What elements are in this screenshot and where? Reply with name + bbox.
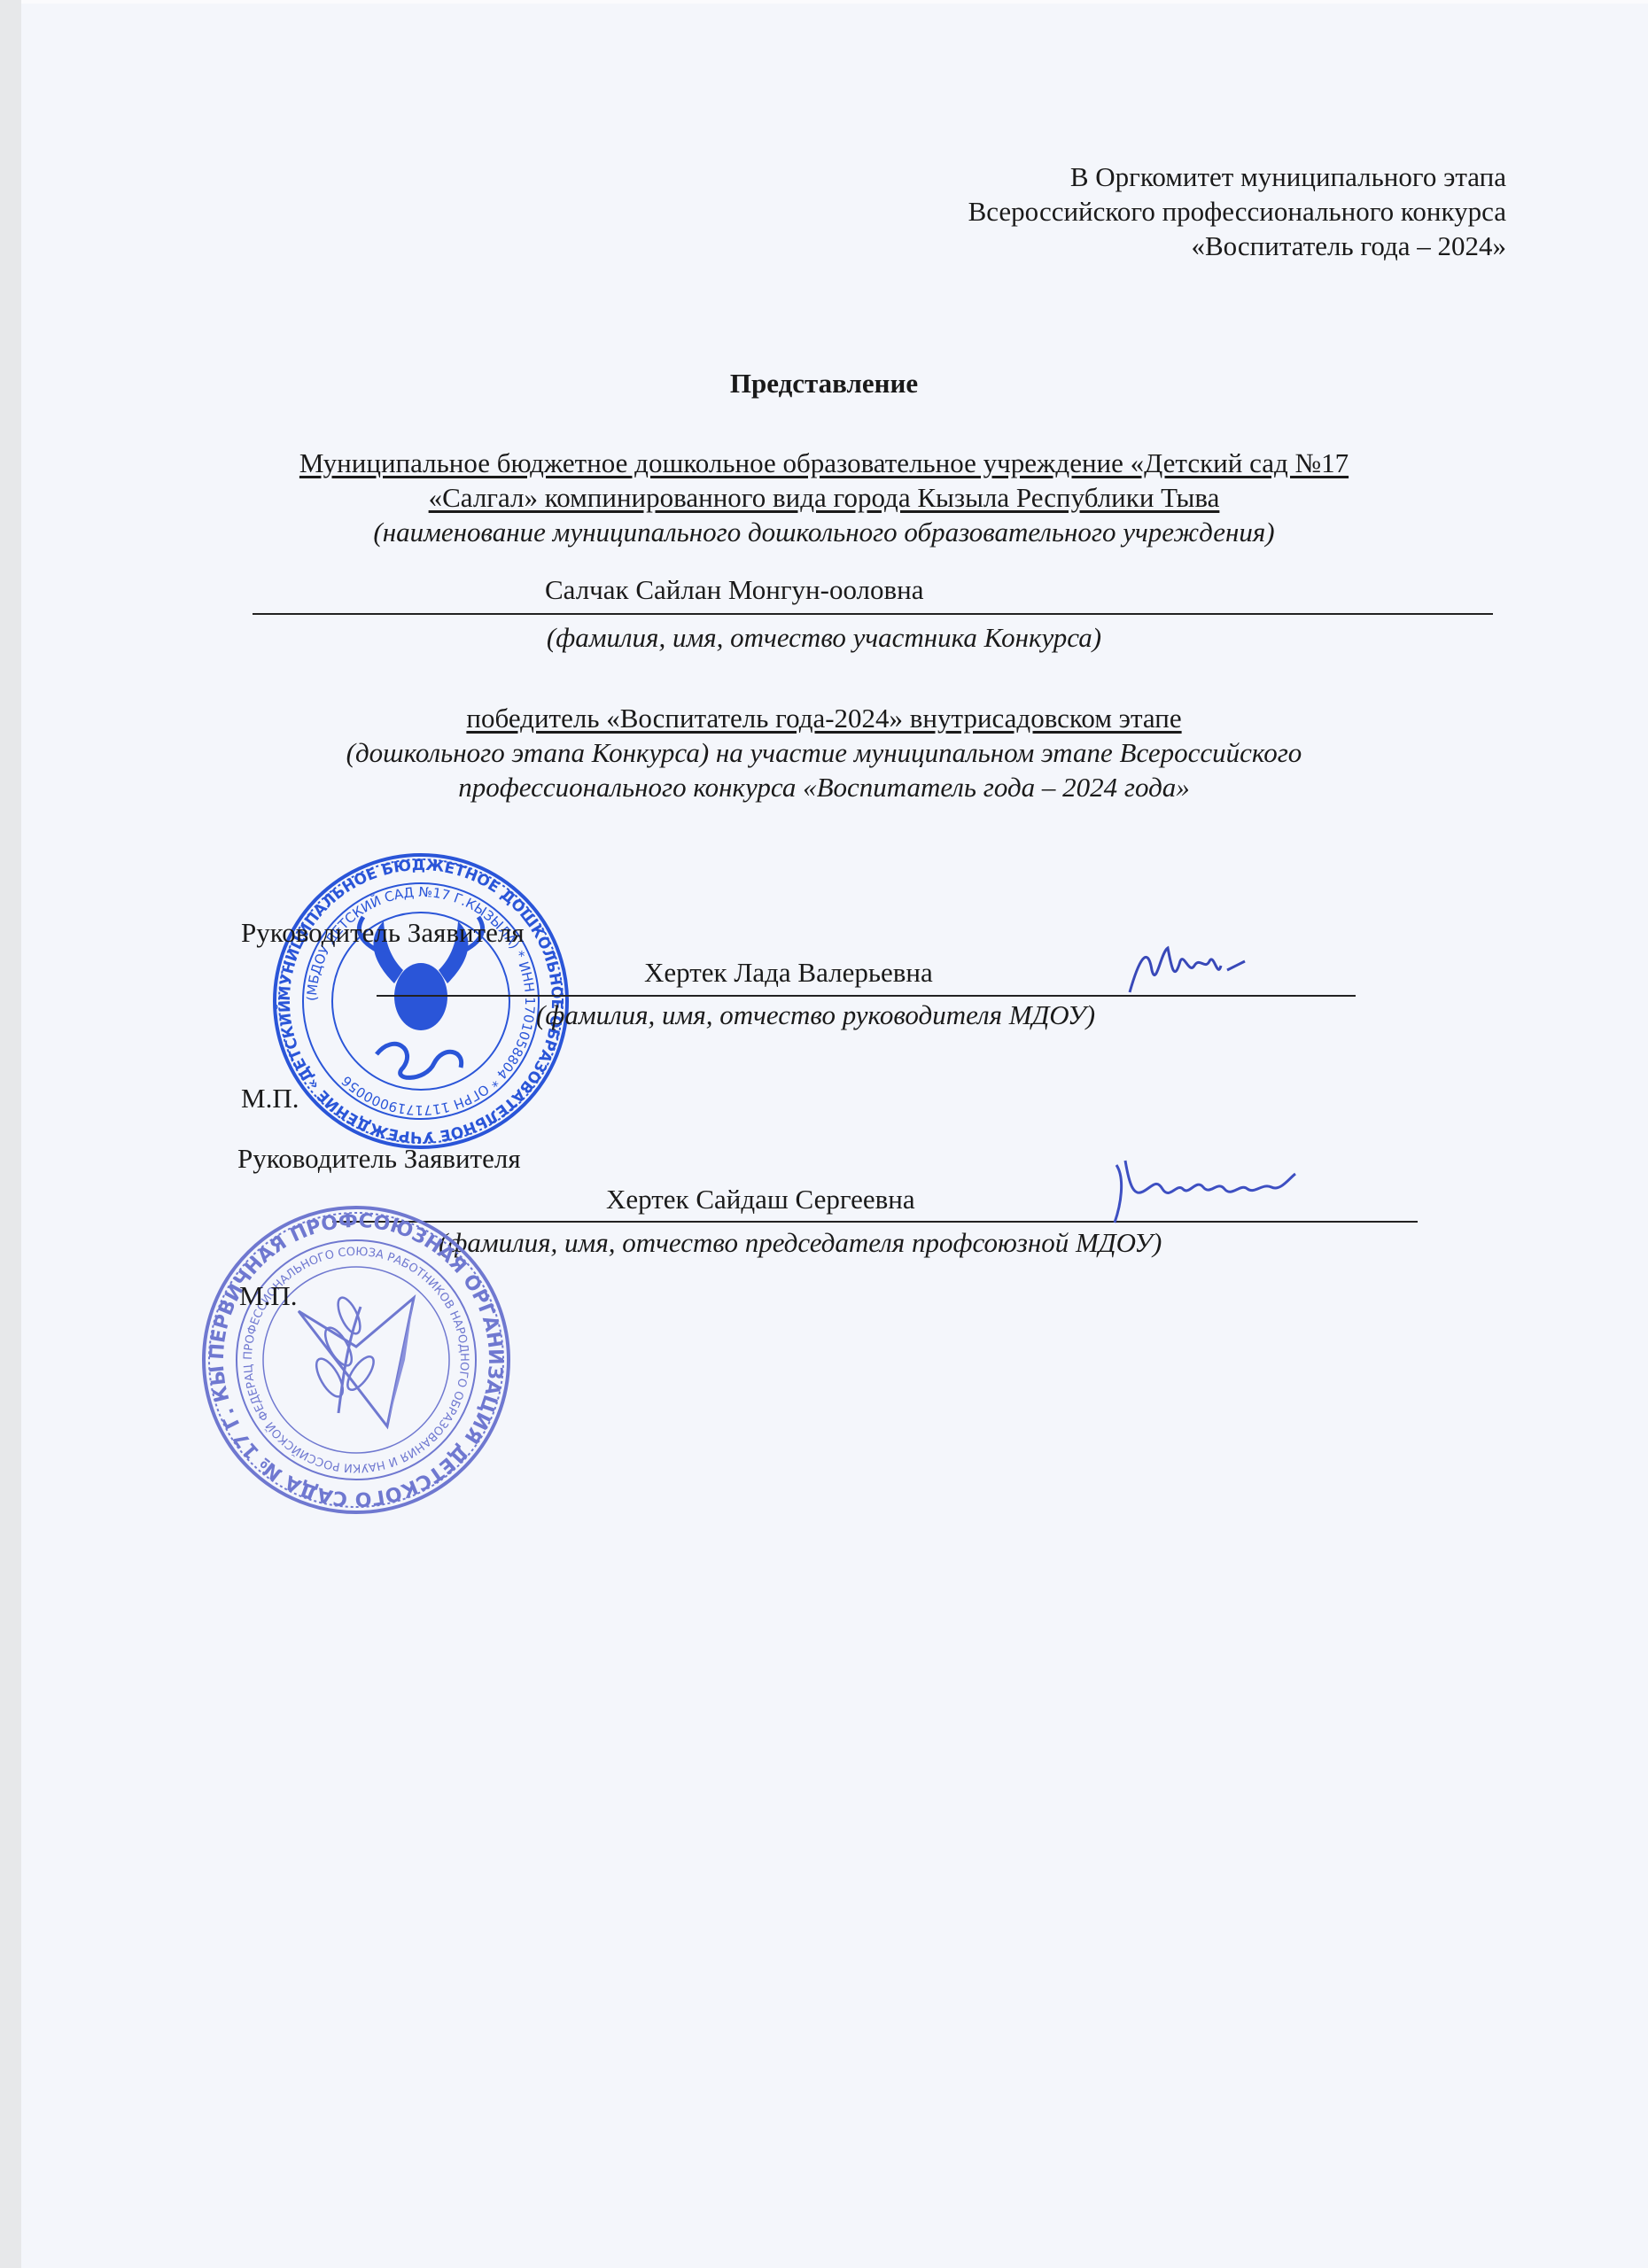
- nomination-block: победитель «Воспитатель года-2024» внутр…: [0, 701, 1648, 804]
- head-role-label: Руководитель Заявителя: [241, 917, 525, 949]
- nomination-line2: (дошкольного этапа Конкурса) на участие …: [0, 735, 1648, 770]
- scan-edge: [0, 0, 21, 2268]
- union-emblem-icon: [299, 1294, 414, 1426]
- nomination-line1: победитель «Воспитатель года-2024» внутр…: [466, 703, 1181, 734]
- participant-underline: [253, 613, 1493, 615]
- head-seal-label: М.П.: [241, 1083, 299, 1115]
- head-signature-scribble: [1125, 935, 1267, 1006]
- addressee-line: В Оргкомитет муниципального этапа: [968, 159, 1506, 194]
- nomination-line3: профессионального конкурса «Воспитатель …: [0, 770, 1648, 804]
- scan-top-edge: [21, 0, 1648, 4]
- union-caption: (фамилия, имя, отчество председателя про…: [439, 1227, 1162, 1259]
- institution-name-line1: Муниципальное бюджетное дошкольное образ…: [299, 447, 1349, 478]
- union-name: Хертек Сайдаш Сергеевна: [606, 1184, 915, 1216]
- document-title: Представление: [0, 368, 1648, 400]
- head-caption: (фамилия, имя, отчество руководителя МДО…: [536, 999, 1095, 1031]
- addressee-line: «Воспитатель года – 2024»: [968, 229, 1506, 263]
- addressee-block: В Оргкомитет муниципального этапа Всерос…: [968, 159, 1506, 263]
- institution-caption: (наименование муниципального дошкольного…: [0, 515, 1648, 549]
- head-name: Хертек Лада Валерьевна: [644, 957, 933, 989]
- addressee-line: Всероссийского профессионального конкурс…: [968, 194, 1506, 229]
- union-stamp: ПЕРВИЧНАЯ ПРОФСОЮЗНАЯ ОРГАНИЗАЦИЯ ДЕТСКО…: [197, 1200, 516, 1519]
- union-seal-label: М.П.: [239, 1280, 297, 1312]
- kindergarten-stamp: МУНИЦИПАЛЬНОЕ БЮДЖЕТНОЕ ДОШКОЛЬНОЕ ОБРАЗ…: [270, 850, 571, 1152]
- institution-name-line2: «Салгал» компинированного вида города Кы…: [429, 482, 1220, 513]
- participant-caption: (фамилия, имя, отчество участника Конкур…: [0, 620, 1648, 655]
- union-role-label: Руководитель Заявителя: [237, 1143, 521, 1175]
- institution-block: Муниципальное бюджетное дошкольное образ…: [0, 446, 1648, 549]
- participant-name: Салчак Сайлан Монгун-ооловна: [545, 574, 924, 606]
- union-signature-scribble: [1108, 1152, 1302, 1231]
